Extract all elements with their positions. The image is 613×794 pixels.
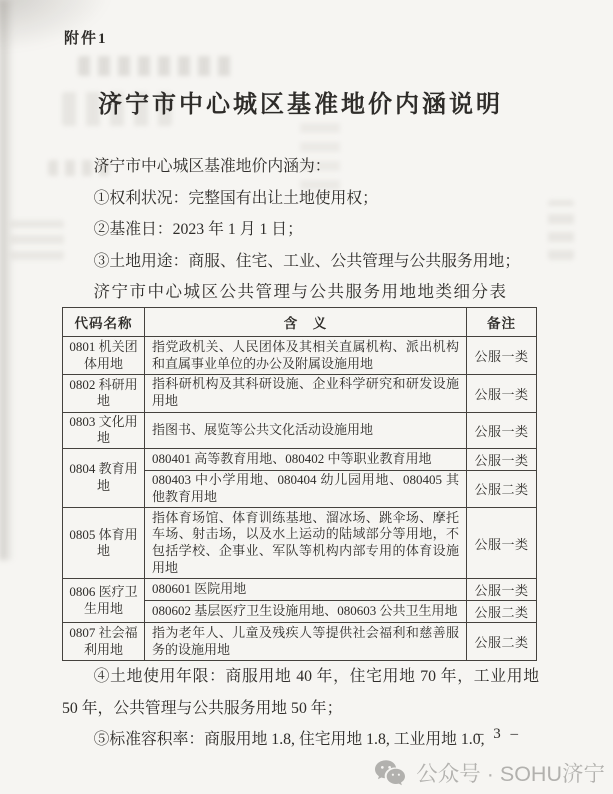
col-header-code: 代码名称 [63, 308, 145, 337]
publisher-watermark: 公众号 · SOHU济宁 [374, 757, 605, 788]
cell-note: 公服一类 [467, 374, 537, 412]
page-number: – 3 – [476, 726, 521, 743]
watermark-text: 公众号 · SOHU济宁 [416, 757, 605, 788]
table-row: 0807 社会福利用地 指为老年人、儿童及残疾人等提供社会福利和慈善服务的设施用… [63, 623, 537, 661]
cell-code: 0803 文化用地 [63, 412, 145, 448]
clause-land-use: ③土地用途：商服、住宅、工业、公共管理与公共服务用地； [62, 246, 539, 278]
table-row: 0805 体育用地 指体育场馆、体育训练基地、溜冰场、跳伞场、摩托车场、射击场，… [63, 508, 537, 579]
cell-meaning: 指党政机关、人民团体及其相关直属机构、派出机构和直属事业单位的办公及附属设施用地 [145, 337, 467, 375]
cell-code: 0805 体育用地 [63, 508, 145, 579]
table-caption: 济宁市中心城区公共管理与公共服务用地地类细分表 [62, 277, 539, 306]
cell-code: 0806 医疗卫生用地 [63, 579, 145, 623]
scanned-document-page: 附件1 济宁市中心城区基准地价内涵说明 济宁市中心城区基准地价内涵为： ①权利状… [0, 0, 613, 794]
ink-bleedthrough [78, 56, 238, 76]
table-row: 0804 教育用地 080401 高等教育用地、080402 中等职业教育用地 … [63, 448, 537, 470]
cell-code: 0801 机关团体用地 [63, 337, 145, 375]
clause-base-date: ②基准日：2023 年 1 月 1 日； [62, 214, 539, 246]
table-row: 0801 机关团体用地 指党政机关、人民团体及其相关直属机构、派出机构和直属事业… [63, 337, 537, 375]
document-body: 济宁市中心城区基准地价内涵为： ①权利状况：完整国有出让土地使用权； ②基准日：… [62, 151, 539, 756]
cell-code: 0802 科研用地 [63, 374, 145, 412]
cell-note: 公服二类 [467, 601, 537, 623]
ink-bleedthrough [10, 220, 64, 260]
cell-note: 公服一类 [467, 508, 537, 579]
clause-plot-ratio: ⑤标准容积率：商服用地 1.8, 住宅用地 1.8, 工业用地 1.0, [62, 724, 539, 756]
cell-meaning: 指科研机构及其科研设施、企业科学研究和研发设施用地 [145, 374, 467, 412]
cell-meaning: 080401 高等教育用地、080402 中等职业教育用地 [145, 448, 467, 470]
wechat-icon [374, 759, 407, 787]
cell-note: 公服二类 [467, 623, 537, 661]
cell-meaning: 指体育场馆、体育训练基地、溜冰场、跳伞场、摩托车场、射击场，以及水上运动的陆域部… [145, 508, 467, 579]
cell-note: 公服一类 [467, 412, 537, 448]
cell-note: 公服一类 [467, 448, 537, 470]
scan-edge-shadow [0, 0, 18, 560]
ink-bleedthrough [548, 200, 574, 260]
cell-code: 0804 教育用地 [63, 448, 145, 508]
clause-tenure: ④土地使用年限：商服用地 40 年，住宅用地 70 年，工业用地 50 年，公共… [62, 661, 539, 724]
table-header-row: 代码名称 含 义 备注 [63, 308, 537, 337]
cell-note: 公服一类 [467, 579, 537, 601]
cell-note: 公服一类 [467, 337, 537, 375]
col-header-meaning: 含 义 [145, 308, 467, 337]
cell-code: 0807 社会福利用地 [63, 623, 145, 661]
attachment-label: 附件1 [64, 27, 108, 48]
clause-rights: ①权利状况：完整国有出让土地使用权； [62, 183, 539, 215]
intro-paragraph: 济宁市中心城区基准地价内涵为： [62, 151, 539, 183]
cell-note: 公服二类 [467, 470, 537, 508]
cell-meaning: 080601 医院用地 [145, 579, 467, 601]
cell-meaning: 080602 基层医疗卫生设施用地、080603 公共卫生用地 [145, 601, 467, 623]
land-class-table: 代码名称 含 义 备注 0801 机关团体用地 指党政机关、人民团体及其相关直属… [62, 307, 537, 661]
page-title: 济宁市中心城区基准地价内涵说明 [62, 84, 539, 119]
table-row: 0802 科研用地 指科研机构及其科研设施、企业科学研究和研发设施用地 公服一类 [63, 374, 537, 412]
cell-meaning: 指为老年人、儿童及残疾人等提供社会福利和慈善服务的设施用地 [145, 623, 467, 661]
col-header-note: 备注 [467, 308, 537, 337]
cell-meaning: 指图书、展览等公共文化活动设施用地 [145, 412, 467, 448]
table-row: 0803 文化用地 指图书、展览等公共文化活动设施用地 公服一类 [63, 412, 537, 448]
cell-meaning: 080403 中小学用地、080404 幼儿园用地、080405 其他教育用地 [145, 470, 467, 508]
table-row: 0806 医疗卫生用地 080601 医院用地 公服一类 [63, 579, 537, 601]
